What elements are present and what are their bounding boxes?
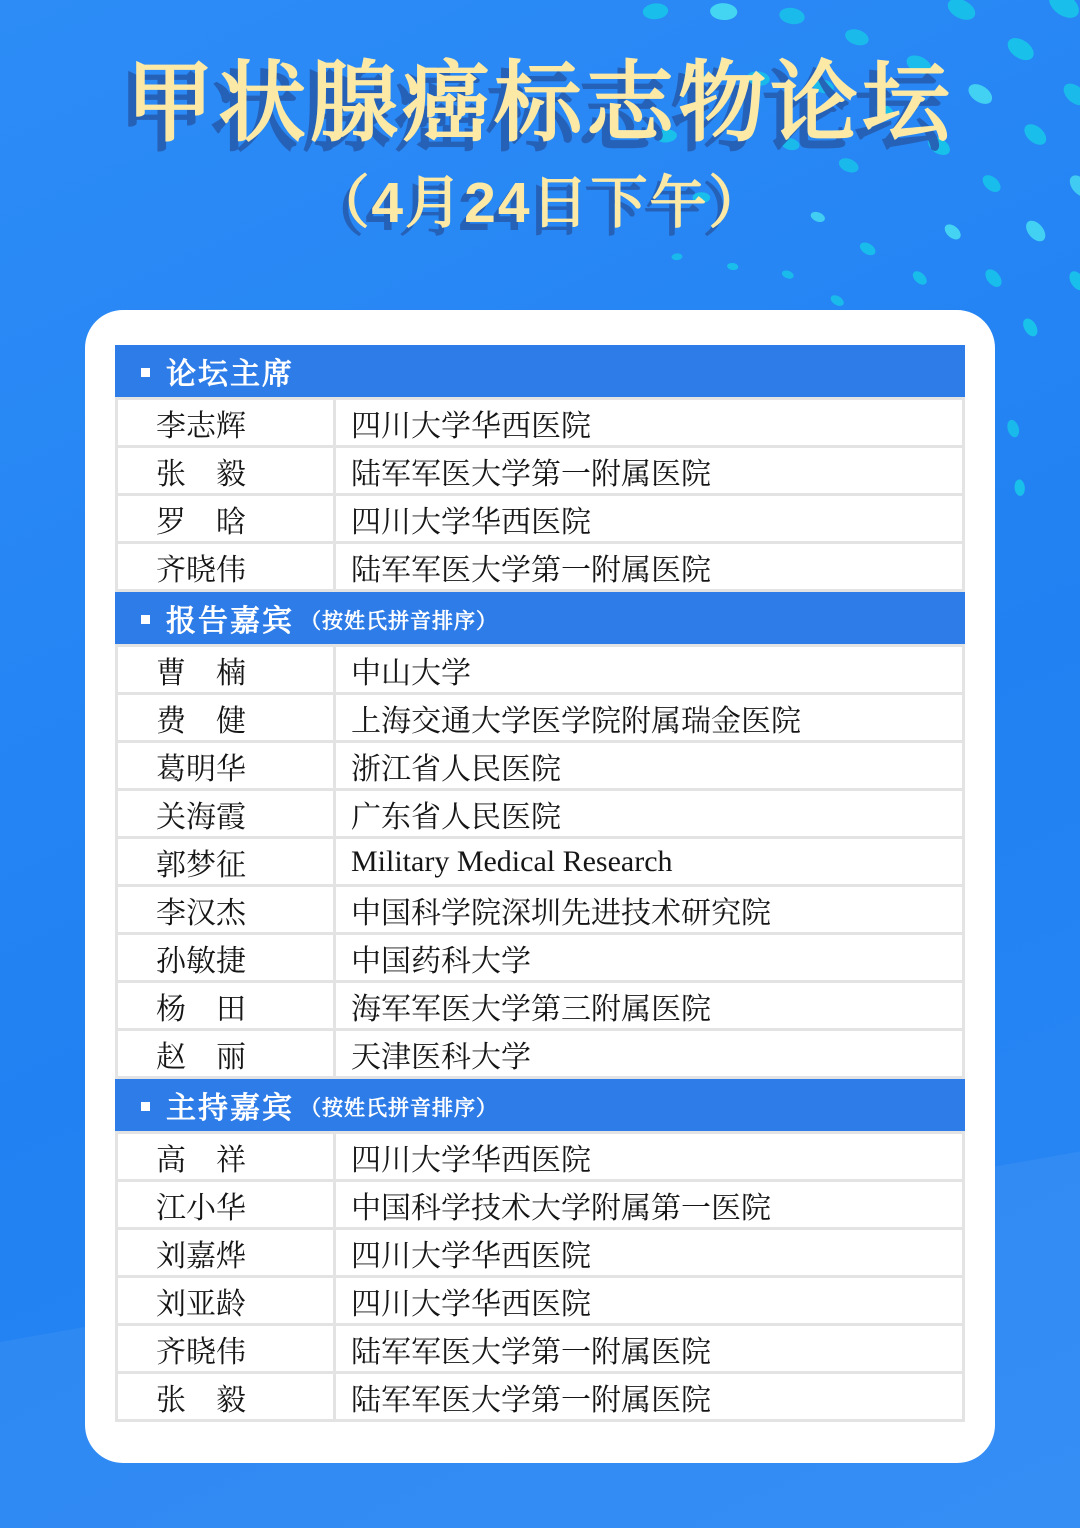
guest-affiliation: 陆军军医大学第一附属医院 bbox=[336, 448, 962, 493]
guest-card: 论坛主席 李志辉 四川大学华西医院 张 毅 陆军军医大学第一附属医院 罗 晗 四… bbox=[85, 310, 995, 1463]
guest-affiliation: 四川大学华西医院 bbox=[336, 400, 962, 445]
poster-title: 甲状腺癌标志物论坛 bbox=[0, 52, 1080, 153]
guest-name: 李志辉 bbox=[118, 400, 333, 445]
guest-affiliation: 上海交通大学医学院附属瑞金医院 bbox=[336, 695, 962, 740]
poster-header: 甲状腺癌标志物论坛 （4月24日下午） bbox=[0, 0, 1080, 239]
table-row: 曹 楠 中山大学 bbox=[118, 647, 962, 692]
table-row: 费 健 上海交通大学医学院附属瑞金医院 bbox=[118, 695, 962, 740]
guest-affiliation: 陆军军医大学第一附属医院 bbox=[336, 1374, 962, 1419]
guest-name: 葛明华 bbox=[118, 743, 333, 788]
section-label: 主持嘉宾 bbox=[166, 1083, 294, 1127]
guest-affiliation: 陆军军医大学第一附属医院 bbox=[336, 1326, 962, 1371]
guest-name: 李汉杰 bbox=[118, 887, 333, 932]
table-row: 刘亚龄 四川大学华西医院 bbox=[118, 1278, 962, 1323]
section-label: 报告嘉宾 bbox=[166, 596, 294, 640]
guest-section: 主持嘉宾 （按姓氏拼音排序） 高 祥 四川大学华西医院 江小华 中国科学技术大学… bbox=[115, 1079, 965, 1422]
poster: 甲状腺癌标志物论坛 （4月24日下午） 论坛主席 李志辉 四川大学华西医院 张 … bbox=[0, 0, 1080, 1528]
section-bullet-icon bbox=[141, 368, 150, 377]
table-row: 齐晓伟 陆军军医大学第一附属医院 bbox=[118, 1326, 962, 1371]
guest-name: 齐晓伟 bbox=[118, 544, 333, 589]
section-label: 论坛主席 bbox=[166, 349, 294, 393]
section-bullet-icon bbox=[141, 615, 150, 624]
table-row: 杨 田 海军军医大学第三附属医院 bbox=[118, 983, 962, 1028]
guest-affiliation: 广东省人民医院 bbox=[336, 791, 962, 836]
section-header: 论坛主席 bbox=[115, 345, 965, 397]
guest-name: 杨 田 bbox=[118, 983, 333, 1028]
guest-name: 关海霞 bbox=[118, 791, 333, 836]
section-bullet-icon bbox=[141, 1102, 150, 1111]
table-row: 孙敏捷 中国药科大学 bbox=[118, 935, 962, 980]
table-row: 江小华 中国科学技术大学附属第一医院 bbox=[118, 1182, 962, 1227]
section-note: （按姓氏拼音排序） bbox=[300, 1092, 498, 1122]
section-note: （按姓氏拼音排序） bbox=[300, 605, 498, 635]
guest-name: 曹 楠 bbox=[118, 647, 333, 692]
guest-affiliation: Military Medical Research bbox=[336, 839, 962, 884]
table-row: 李志辉 四川大学华西医院 bbox=[118, 400, 962, 445]
guest-affiliation: 中国药科大学 bbox=[336, 935, 962, 980]
guest-table: 论坛主席 李志辉 四川大学华西医院 张 毅 陆军军医大学第一附属医院 罗 晗 四… bbox=[115, 345, 965, 1422]
guest-affiliation: 浙江省人民医院 bbox=[336, 743, 962, 788]
poster-subtitle: （4月24日下午） bbox=[0, 157, 1080, 239]
guest-affiliation: 中山大学 bbox=[336, 647, 962, 692]
guest-name: 刘亚龄 bbox=[118, 1278, 333, 1323]
section-rows: 李志辉 四川大学华西医院 张 毅 陆军军医大学第一附属医院 罗 晗 四川大学华西… bbox=[115, 397, 965, 592]
guest-affiliation: 四川大学华西医院 bbox=[336, 1278, 962, 1323]
section-header: 主持嘉宾 （按姓氏拼音排序） bbox=[115, 1079, 965, 1131]
section-rows: 曹 楠 中山大学 费 健 上海交通大学医学院附属瑞金医院 葛明华 浙江省人民医院… bbox=[115, 644, 965, 1079]
guest-name: 高 祥 bbox=[118, 1134, 333, 1179]
guest-name: 齐晓伟 bbox=[118, 1326, 333, 1371]
table-row: 罗 晗 四川大学华西医院 bbox=[118, 496, 962, 541]
guest-affiliation: 天津医科大学 bbox=[336, 1031, 962, 1076]
section-header: 报告嘉宾 （按姓氏拼音排序） bbox=[115, 592, 965, 644]
table-row: 齐晓伟 陆军军医大学第一附属医院 bbox=[118, 544, 962, 589]
guest-affiliation: 四川大学华西医院 bbox=[336, 1134, 962, 1179]
table-row: 赵 丽 天津医科大学 bbox=[118, 1031, 962, 1076]
table-row: 张 毅 陆军军医大学第一附属医院 bbox=[118, 448, 962, 493]
guest-name: 罗 晗 bbox=[118, 496, 333, 541]
guest-affiliation: 海军军医大学第三附属医院 bbox=[336, 983, 962, 1028]
guest-name: 费 健 bbox=[118, 695, 333, 740]
guest-name: 张 毅 bbox=[118, 448, 333, 493]
table-row: 葛明华 浙江省人民医院 bbox=[118, 743, 962, 788]
table-row: 张 毅 陆军军医大学第一附属医院 bbox=[118, 1374, 962, 1419]
guest-affiliation: 中国科学技术大学附属第一医院 bbox=[336, 1182, 962, 1227]
guest-name: 江小华 bbox=[118, 1182, 333, 1227]
guest-affiliation: 中国科学院深圳先进技术研究院 bbox=[336, 887, 962, 932]
guest-name: 郭梦征 bbox=[118, 839, 333, 884]
guest-affiliation: 四川大学华西医院 bbox=[336, 496, 962, 541]
table-row: 郭梦征 Military Medical Research bbox=[118, 839, 962, 884]
guest-name: 赵 丽 bbox=[118, 1031, 333, 1076]
table-row: 高 祥 四川大学华西医院 bbox=[118, 1134, 962, 1179]
table-row: 刘嘉烨 四川大学华西医院 bbox=[118, 1230, 962, 1275]
guest-section: 报告嘉宾 （按姓氏拼音排序） 曹 楠 中山大学 费 健 上海交通大学医学院附属瑞… bbox=[115, 592, 965, 1079]
guest-name: 孙敏捷 bbox=[118, 935, 333, 980]
section-rows: 高 祥 四川大学华西医院 江小华 中国科学技术大学附属第一医院 刘嘉烨 四川大学… bbox=[115, 1131, 965, 1422]
table-row: 李汉杰 中国科学院深圳先进技术研究院 bbox=[118, 887, 962, 932]
guest-name: 刘嘉烨 bbox=[118, 1230, 333, 1275]
guest-section: 论坛主席 李志辉 四川大学华西医院 张 毅 陆军军医大学第一附属医院 罗 晗 四… bbox=[115, 345, 965, 592]
guest-affiliation: 陆军军医大学第一附属医院 bbox=[336, 544, 962, 589]
table-row: 关海霞 广东省人民医院 bbox=[118, 791, 962, 836]
guest-affiliation: 四川大学华西医院 bbox=[336, 1230, 962, 1275]
guest-name: 张 毅 bbox=[118, 1374, 333, 1419]
